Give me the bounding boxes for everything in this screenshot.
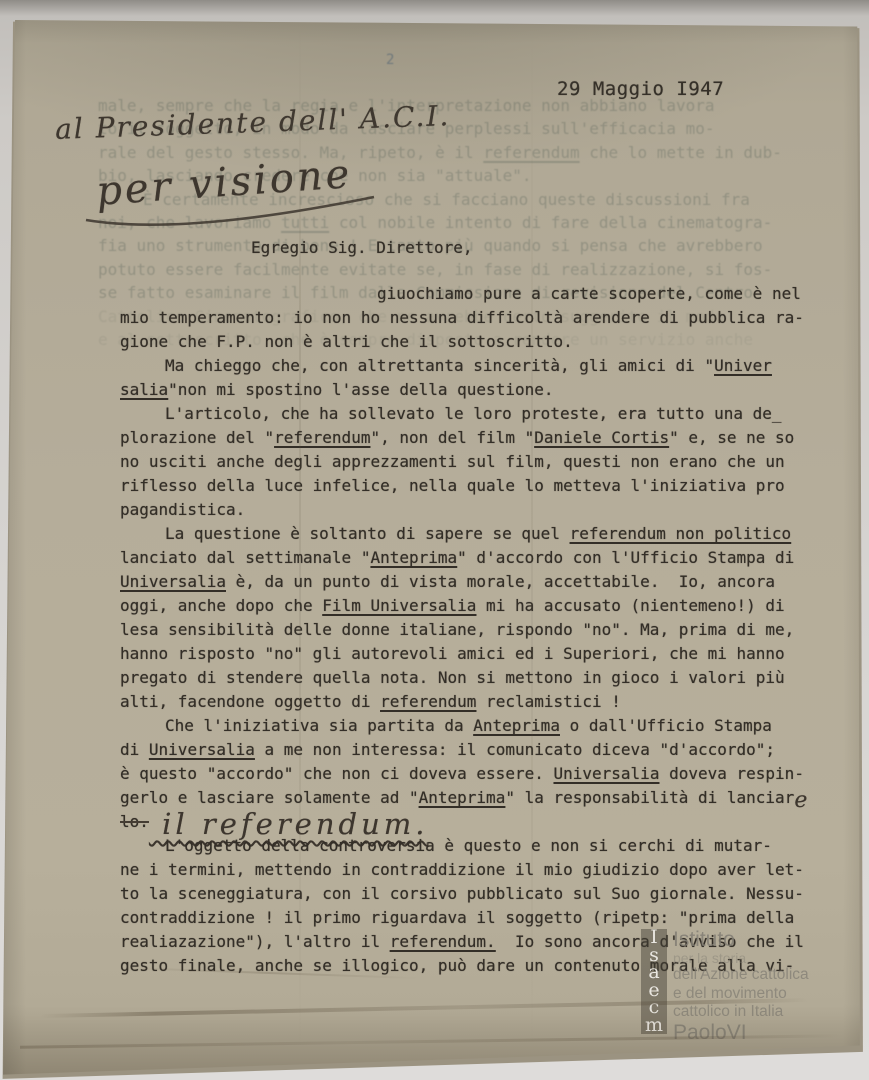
text-segment: contraddizione ! il primo riguardava il …: [120, 908, 794, 927]
text-segment: L'articolo, che ha sollevato le loro pro…: [165, 404, 782, 423]
text-segment: doveva respin-: [659, 764, 804, 783]
text-segment: potuto essere facilmente evitate se, in …: [98, 260, 772, 279]
ghost-page-number: 2: [386, 52, 394, 68]
body-line: La questione è soltanto di sapere se que…: [120, 524, 820, 548]
archive-watermark: Isaecm Istitutoper la storiadell'Azione …: [641, 929, 809, 1043]
text-segment: Daniele Cortis: [534, 428, 669, 447]
handwritten-insert: e: [794, 788, 807, 813]
watermark-subtitle: dell'Azione cattolica: [673, 966, 809, 985]
watermark-letter-column: Isaecm: [641, 929, 667, 1043]
text-segment: a me non interessa: il comunicato diceva…: [255, 740, 775, 759]
text-segment: "non mi spostino l'asse della questione.: [168, 380, 553, 399]
text-segment: di: [120, 740, 149, 759]
body-line: hanno risposto "no" gli autorevoli amici…: [120, 644, 820, 668]
body-line: oggi, anche dopo che Film Universalia mi…: [120, 596, 820, 620]
watermark-institute-name: Istituto: [673, 929, 809, 950]
text-segment: La questione è soltanto di sapere se que…: [165, 524, 570, 543]
body-line: lesa sensibilità delle donne italiane, r…: [120, 620, 820, 644]
text-segment: hanno risposto "no" gli autorevoli amici…: [120, 644, 785, 663]
text-segment: L'oggetto della controversia è questo e …: [165, 836, 772, 855]
text-segment: Anteprima: [419, 788, 506, 807]
ghost-line: noi, che lavoriamo tutti col nobile inte…: [98, 213, 838, 236]
body-line: lanciato dal settimanale "Anteprima" d'a…: [120, 548, 820, 572]
body-line: ne i termini, mettendo in contraddizione…: [120, 860, 820, 884]
text-segment: Ma chieggo che, con altrettanta sincerit…: [165, 356, 714, 375]
text-segment: mio temperamento: io non ho nessuna diff…: [120, 308, 804, 327]
body-line: è questo "accordo" che non ci doveva ess…: [120, 764, 820, 788]
body-line: plorazione del "referendum", non del fil…: [120, 428, 820, 452]
body-line: pagandistica.: [120, 500, 820, 524]
text-segment: giuochiamo pure a carte scoperte, come è…: [377, 284, 801, 303]
text-segment: col nobile intento di fare della cinemat…: [329, 213, 772, 232]
body-line: giuochiamo pure a carte scoperte, come è…: [120, 284, 820, 308]
body-line: Che l'iniziativa sia partita da Anteprim…: [120, 716, 820, 740]
text-segment: o dall'Ufficio Stampa: [560, 716, 772, 735]
text-segment: to la sceneggiatura, con il corsivo pubb…: [120, 884, 804, 903]
body-line: no usciti anche degli apprezzamenti sul …: [120, 452, 820, 476]
text-segment: gerlo e lasciare solamente ad ": [120, 788, 419, 807]
text-segment: realiazazione"), l'altro il: [120, 932, 390, 951]
text-segment: referendum.: [390, 932, 496, 951]
body-line: pregato di stendere quella nota. Non si …: [120, 668, 820, 692]
watermark-subtitle: per la storia: [673, 950, 809, 966]
text-segment: lesa sensibilità delle donne italiane, r…: [120, 620, 794, 639]
body-line: L'articolo, che ha sollevato le loro pro…: [120, 404, 820, 428]
text-segment: gione che F.P. non è altri che il sottos…: [120, 332, 573, 351]
body-line: L'oggetto della controversia è questo e …: [120, 836, 820, 860]
text-segment: referendum: [483, 143, 579, 162]
text-segment: che lo mette in dub-: [580, 143, 782, 162]
struck-word: lo.: [120, 812, 149, 831]
scan-background: 2 male, sempre che la regia e l'interpre…: [0, 0, 869, 1080]
body-line: di Universalia a me non interessa: il co…: [120, 740, 820, 764]
text-segment: ", non del film ": [370, 428, 534, 447]
text-segment: salia: [120, 380, 168, 399]
text-segment: " e, se ne so: [669, 428, 794, 447]
body-line: Ma chieggo che, con altrettanta sincerit…: [120, 356, 820, 380]
text-segment: pregato di stendere quella nota. Non si …: [120, 668, 785, 687]
text-segment: Film Universalia: [322, 596, 476, 615]
text-segment: pagandistica.: [120, 500, 245, 519]
text-segment: oggi, anche dopo che: [120, 596, 322, 615]
text-segment: Universalia: [120, 572, 226, 591]
text-segment: referendum non politico: [570, 524, 792, 543]
text-segment: Anteprima: [370, 548, 457, 567]
text-segment: tutti: [281, 213, 329, 232]
text-segment: Univer: [714, 356, 772, 375]
date-line: 29 Maggio I947: [557, 78, 724, 100]
watermark-text: Istitutoper la storiadell'Azione cattoli…: [673, 929, 809, 1043]
text-segment: reclamistici !: [476, 692, 621, 711]
text-segment: plorazione del ": [120, 428, 274, 447]
body-line: to la sceneggiatura, con il corsivo pubb…: [120, 884, 820, 908]
watermark-subtitle: e del movimento: [673, 985, 809, 1004]
text-segment: lanciato dal settimanale ": [120, 548, 370, 567]
body-line: gione che F.P. non è altri che il sottos…: [120, 332, 820, 356]
salutation: Egregio Sig. Direttore,: [251, 238, 473, 257]
text-segment: " la responsabilità di lanciar: [505, 788, 794, 807]
body-line: mio temperamento: io non ho nessuna diff…: [120, 308, 820, 332]
text-segment: noi, che lavoriamo: [98, 213, 281, 232]
body-line: alti, facendone oggetto di referendum re…: [120, 692, 820, 716]
text-segment: " d'accordo con l'Ufficio Stampa di: [457, 548, 794, 567]
body-line: lo. il referendum.: [120, 812, 820, 836]
text-segment: è questo "accordo" che non ci doveva ess…: [120, 764, 553, 783]
ghost-line: potuto essere facilmente evitate se, in …: [98, 260, 838, 283]
watermark-subtitle: cattolico in Italia: [673, 1003, 809, 1022]
body-line: salia"non mi spostino l'asse della quest…: [120, 380, 820, 404]
text-segment: riflesso della luce infelice, nella qual…: [120, 476, 785, 495]
text-segment: alti, facendone oggetto di: [120, 692, 380, 711]
text-segment: ne i termini, mettendo in contraddizione…: [120, 860, 804, 879]
watermark-paolovi: PaoloVI: [673, 1022, 809, 1043]
letter-page: 2 male, sempre che la regia e l'interpre…: [0, 0, 869, 1080]
text-segment: referendum: [274, 428, 370, 447]
watermark-letter: m: [641, 1017, 667, 1035]
text-segment: Universalia: [553, 764, 659, 783]
text-segment: referendum: [380, 692, 476, 711]
text-segment: no usciti anche degli apprezzamenti sul …: [120, 452, 785, 471]
text-segment: Universalia: [149, 740, 255, 759]
text-segment: è, da un punto di vista morale, accettab…: [226, 572, 775, 591]
body-line: riflesso della luce infelice, nella qual…: [120, 476, 820, 500]
text-segment: Che l'iniziativa sia partita da: [165, 716, 473, 735]
text-segment: mi ha accusato (nientemeno!) di: [476, 596, 784, 615]
text-segment: Anteprima: [473, 716, 560, 735]
body-line: Universalia è, da un punto di vista mora…: [120, 572, 820, 596]
letter-body: giuochiamo pure a carte scoperte, come è…: [120, 284, 820, 980]
